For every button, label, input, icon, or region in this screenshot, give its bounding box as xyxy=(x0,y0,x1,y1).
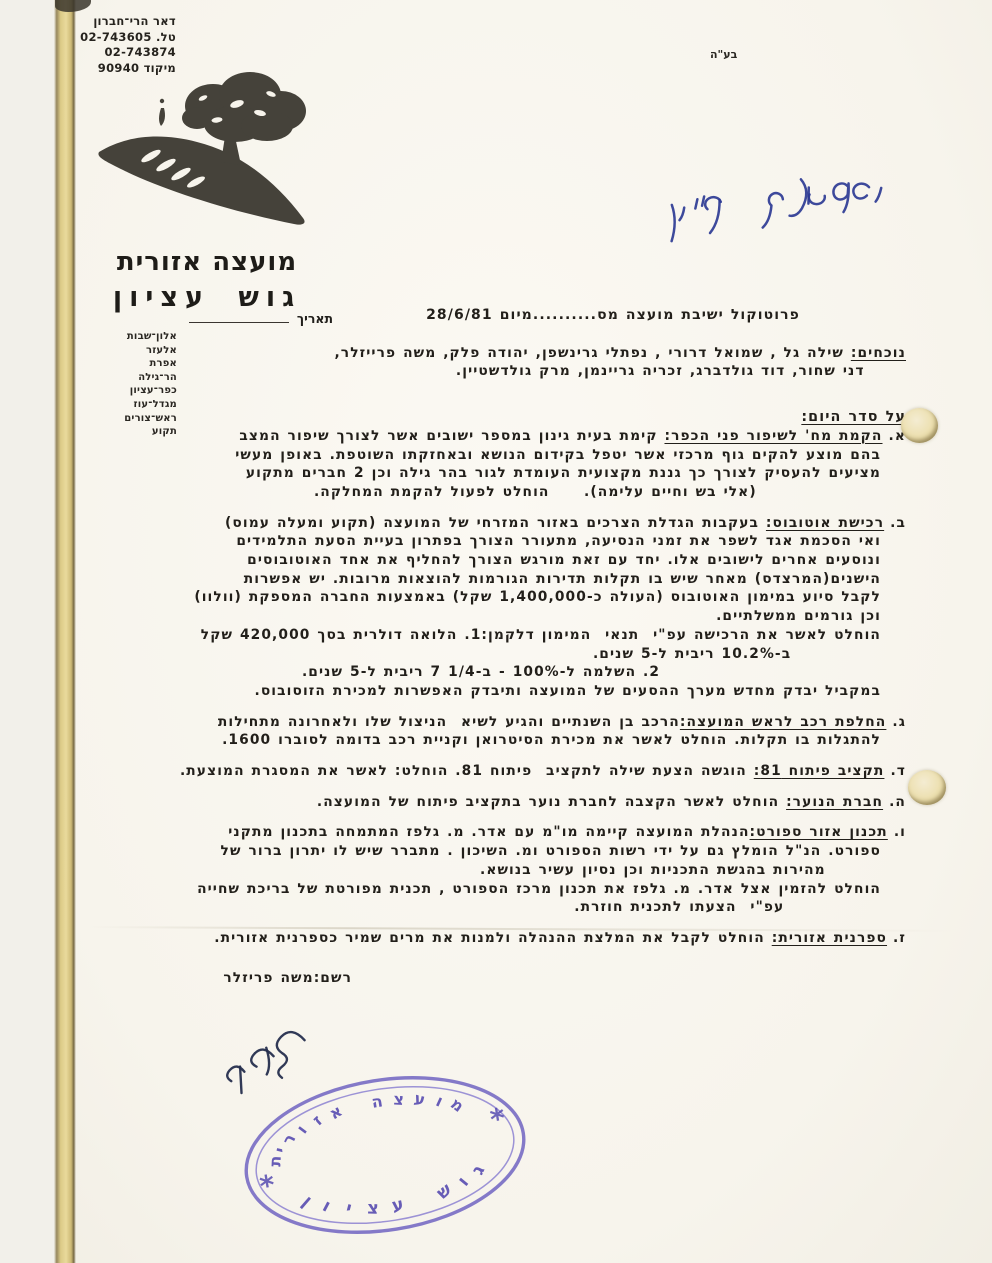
item-body: הוחלט לקבל את המלצת ההנהלה ולמנות את מרי… xyxy=(214,930,771,946)
council-stamp: מועצהאזורית גושעציון * * xyxy=(220,1060,550,1250)
attendees-names: שילה גל , שמואל דרורי , נפתלי גרינשפן, י… xyxy=(334,345,906,380)
page-edge-fold xyxy=(54,0,76,1263)
stamp-star-right: * xyxy=(488,1101,508,1136)
item-title: תכנון אזור ספורט: xyxy=(750,824,888,840)
tree-on-hill-logo-icon xyxy=(95,68,315,236)
recorded-by: רשם:משה פריזלר xyxy=(104,969,352,988)
svg-text:ז: ז xyxy=(309,1111,327,1129)
svg-text:ע: ע xyxy=(390,1195,405,1217)
svg-text:ת: ת xyxy=(265,1155,285,1167)
item-title: תקציב פיתוח 81: xyxy=(754,763,885,779)
scanner-background xyxy=(0,0,54,1263)
agenda-item-d: ד.תקציב פיתוח 81: הוגשה הצעת שילה לתקציב… xyxy=(104,762,906,781)
svg-text:ע: ע xyxy=(412,1089,427,1110)
item-letter: ג. xyxy=(892,714,906,730)
item-body: הוחלט לאשר הקצבה לחברת נוער בתקציב פיתוח… xyxy=(317,794,786,810)
svg-text:ג: ג xyxy=(468,1162,489,1178)
letterhead-postal: דאר הרי־חברון xyxy=(62,14,176,30)
handwritten-note xyxy=(595,157,902,268)
agenda-heading: על סדר היום: xyxy=(104,408,906,427)
svg-text:י: י xyxy=(270,1145,290,1154)
agenda-item-c: ג.החלפת רכב לראש המועצה:הרכב בן השנתיים … xyxy=(104,713,906,750)
svg-text:ו: ו xyxy=(433,1091,446,1111)
item-letter: ה. xyxy=(889,794,906,810)
attendees-label: נוכחים: xyxy=(851,345,906,361)
attendees-block: נוכחים: שילה גל , שמואל דרורי , נפתלי גר… xyxy=(104,344,906,381)
scanned-protocol-document: דאר הרי־חברון טל. 02-743605 02-743874 מי… xyxy=(0,0,992,1263)
letterhead-phone-1: טל. 02-743605 xyxy=(62,30,176,46)
svg-text:צ: צ xyxy=(367,1198,379,1218)
bsd-heading: בע"ה xyxy=(710,48,737,61)
item-letter: ד. xyxy=(890,763,906,779)
item-letter: ב. xyxy=(890,515,906,531)
svg-text:ו: ו xyxy=(319,1196,334,1216)
council-name-line1: מועצה אזורית xyxy=(92,247,322,277)
item-title: החלפת רכב לראש המועצה: xyxy=(680,714,887,730)
protocol-title: פרוטוקול ישיבת מועצה מס..........מיום 28… xyxy=(426,306,800,325)
page-corner-mark xyxy=(55,0,91,12)
item-body: בעקבות הגדלת הצרכים באזור המזרחי של המוע… xyxy=(194,515,881,699)
item-title: רכישת אוטובוס: xyxy=(766,515,884,531)
item-letter: ו. xyxy=(894,824,906,840)
agenda-item-f: ו.תכנון אזור ספורט:הנהלת המועצה קיימה מו… xyxy=(104,823,906,917)
stamp-star-left: * xyxy=(258,1168,278,1203)
punch-hole-top xyxy=(901,408,938,443)
svg-text:ש: ש xyxy=(433,1179,456,1203)
svg-text:צ: צ xyxy=(393,1090,404,1109)
svg-text:י: י xyxy=(344,1199,354,1220)
svg-text:ר: ר xyxy=(278,1131,299,1148)
svg-text:ו: ו xyxy=(454,1173,473,1190)
agenda-item-a: א.הקמת מח' לשיפור פני הכפר: קימת בעית גי… xyxy=(104,427,906,502)
letterhead-contact-block: דאר הרי־חברון טל. 02-743605 02-743874 מי… xyxy=(62,14,176,76)
svg-text:א: א xyxy=(326,1101,346,1123)
agenda-item-e: ה.חברת הנוער: הוחלט לאשר הקצבה לחברת נוע… xyxy=(104,793,906,812)
item-title: חברת הנוער: xyxy=(786,794,883,810)
agenda-item-g: ז.ספרנית אזורית: הוחלט לקבל את המלצת ההנ… xyxy=(104,929,906,948)
punch-hole-bottom xyxy=(908,770,946,805)
svg-text:מ: מ xyxy=(447,1094,468,1116)
item-title: ספרנית אזורית: xyxy=(772,930,887,946)
svg-text:ן: ן xyxy=(298,1192,316,1211)
item-title: הקמת מח' לשיפור פני הכפר: xyxy=(664,428,882,444)
agenda-item-b: ב.רכישת אוטובוס: בעקבות הגדלת הצרכים באז… xyxy=(104,514,906,701)
item-body: הוגשה הצעת שילה לתקציב פיתוח 81. הוחלט: … xyxy=(180,763,754,779)
item-letter: ז. xyxy=(893,930,906,946)
svg-text:ה: ה xyxy=(370,1091,384,1111)
letterhead-phone-2: 02-743874 xyxy=(62,45,176,61)
protocol-header-row: פרוטוקול ישיבת מועצה מס..........מיום 28… xyxy=(104,306,906,325)
svg-text:ו: ו xyxy=(292,1121,311,1137)
document-body: פרוטוקול ישיבת מועצה מס..........מיום 28… xyxy=(104,306,906,987)
